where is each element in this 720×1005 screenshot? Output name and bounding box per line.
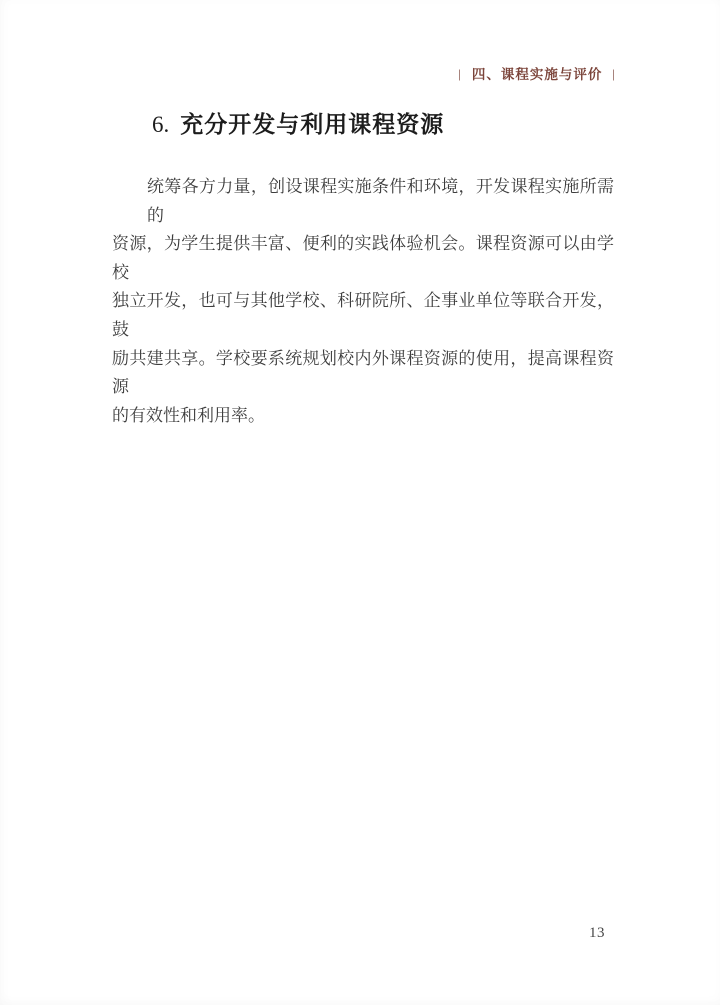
page-number: 13 xyxy=(589,925,605,942)
header-bar-right: | xyxy=(612,66,616,81)
header-chapter-title: 四、课程实施与评价 xyxy=(472,67,603,82)
document-page: |四、课程实施与评价| 6.充分开发与利用课程资源 统筹各方力量，创设课程实施条… xyxy=(0,0,720,1005)
header-bar-left: | xyxy=(458,66,462,81)
paragraph-line: 统筹各方力量，创设课程实施条件和环境，开发课程实施所需的 xyxy=(112,173,614,230)
section-heading: 6.充分开发与利用课程资源 xyxy=(152,108,444,142)
paragraph-line: 独立开发，也可与其他学校、科研院所、企事业单位等联合开发，鼓 xyxy=(112,287,614,344)
paragraph-line: 资源，为学生提供丰富、便利的实践体验机会。课程资源可以由学校 xyxy=(112,230,614,287)
section-number: 6. xyxy=(152,112,169,137)
paragraph-line: 励共建共享。学校要系统规划校内外课程资源的使用，提高课程资源 xyxy=(112,345,614,402)
section-title: 充分开发与利用课程资源 xyxy=(180,112,444,137)
paragraph-line: 的有效性和利用率。 xyxy=(112,402,614,431)
running-header: |四、课程实施与评价| xyxy=(458,63,616,83)
body-paragraph: 统筹各方力量，创设课程实施条件和环境，开发课程实施所需的 资源，为学生提供丰富、… xyxy=(112,173,614,430)
